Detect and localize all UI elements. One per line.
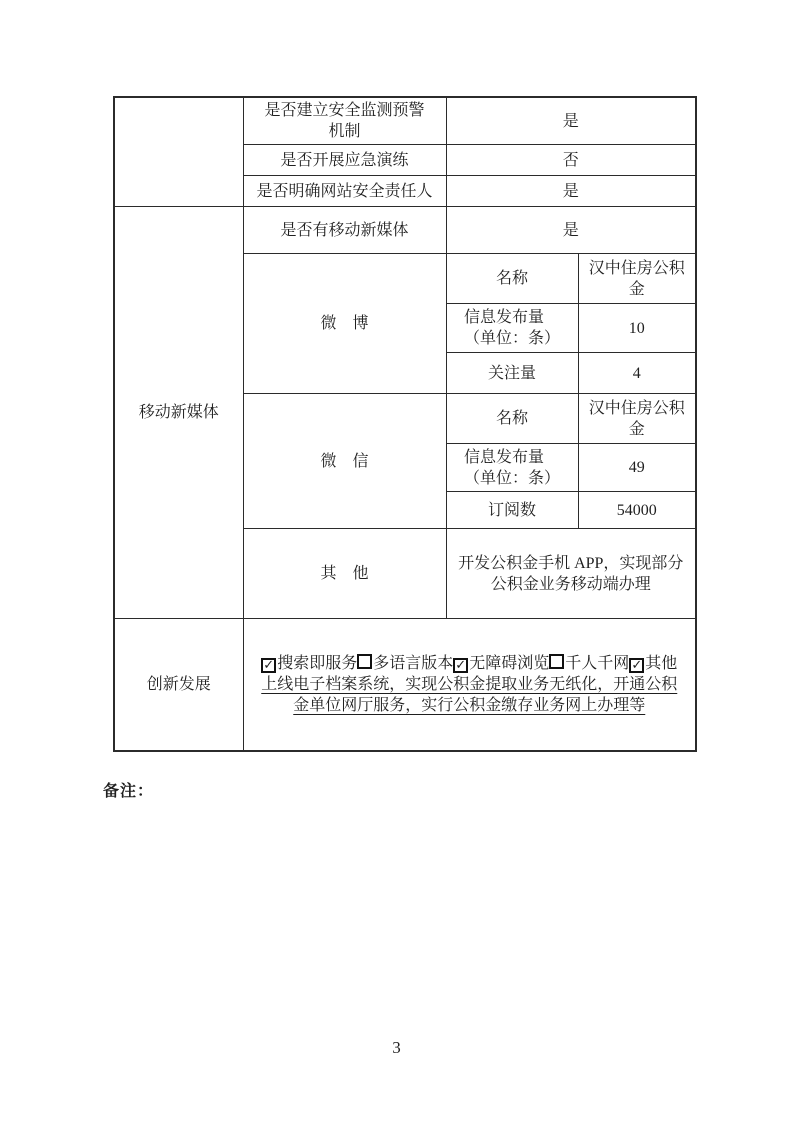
security-q1-label: 是否建立安全监测预警 机制 [264,102,424,140]
innovation-detail-text: 上线电子档案系统，实现公积金提取业务无纸化，开通公积 金单位网厅服务，实行公积金… [249,674,691,716]
checkbox-icon[interactable]: ✓ [453,658,468,673]
cell-weibo-name-value: 汉中住房公积金 [578,254,696,304]
checkbox-item: 多语言版本 [357,655,453,672]
remark-label: 备注： [103,778,154,801]
document-page: 是否建立安全监测预警 机制 是 是否开展应急演练 否 是否明确网站安全责任人 是… [0,0,793,1122]
checkbox-label: 千人千网 [565,655,629,672]
wechat-posts-label: 信息发布量 （单位：条） [464,447,560,489]
cell-security-q1-label: 是否建立安全监测预警 机制 [243,97,446,145]
cell-wechat-label: 微 信 [243,394,446,529]
cell-wechat-subscribers-value: 54000 [578,492,696,529]
cell-prev-section-empty [114,97,243,207]
cell-weibo-posts-value: 10 [578,304,696,353]
checkbox-icon[interactable] [549,654,564,669]
cell-mobile-section-label: 移动新媒体 [114,207,243,619]
cell-innovation-section-label: 创新发展 [114,619,243,751]
cell-weibo-name-label: 名称 [446,254,578,304]
cell-security-q2-value: 否 [446,145,696,176]
checkbox-icon[interactable] [357,654,372,669]
cell-weibo-posts-label: 信息发布量 （单位：条） [446,304,578,353]
checkbox-item: ✓搜索即服务 [261,655,357,672]
report-table: 是否建立安全监测预警 机制 是 是否开展应急演练 否 是否明确网站安全责任人 是… [113,96,697,752]
checkbox-item: ✓无障碍浏览 [453,655,549,672]
page-number: 3 [0,1038,793,1058]
cell-wechat-subscribers-label: 订阅数 [446,492,578,529]
cell-weibo-followers-label: 关注量 [446,353,578,394]
cell-wechat-posts-value: 49 [578,444,696,492]
cell-has-mobile-label: 是否有移动新媒体 [243,207,446,254]
cell-security-q1-value: 是 [446,97,696,145]
checkbox-label: 多语言版本 [373,655,453,672]
cell-weibo-followers-value: 4 [578,353,696,394]
cell-wechat-name-value: 汉中住房公积金 [578,394,696,444]
cell-innovation-content: ✓搜索即服务多语言版本✓无障碍浏览千人千网✓其他 上线电子档案系统，实现公积金提… [243,619,696,751]
cell-security-q3-label: 是否明确网站安全责任人 [243,176,446,207]
cell-other-media-value: 开发公积金手机 APP，实现部分 公积金业务移动端办理 [446,529,696,619]
cell-wechat-posts-label: 信息发布量 （单位：条） [446,444,578,492]
cell-has-mobile-value: 是 [446,207,696,254]
cell-security-q2-label: 是否开展应急演练 [243,145,446,176]
checkbox-icon[interactable]: ✓ [261,658,276,673]
checkbox-item: 千人千网 [549,655,629,672]
checkbox-label: 其他 [645,655,677,672]
cell-other-media-label: 其 他 [243,529,446,619]
other-media-value: 开发公积金手机 APP，实现部分 公积金业务移动端办理 [458,555,683,593]
checkbox-item: ✓其他 [629,655,677,672]
cell-wechat-name-label: 名称 [446,394,578,444]
innovation-checkbox-line: ✓搜索即服务多语言版本✓无障碍浏览千人千网✓其他 [249,653,691,674]
checkbox-label: 无障碍浏览 [469,655,549,672]
cell-security-q3-value: 是 [446,176,696,207]
weibo-posts-label: 信息发布量 （单位：条） [464,307,560,349]
checkbox-label: 搜索即服务 [277,655,357,672]
cell-weibo-label: 微 博 [243,254,446,394]
checkbox-icon[interactable]: ✓ [629,658,644,673]
